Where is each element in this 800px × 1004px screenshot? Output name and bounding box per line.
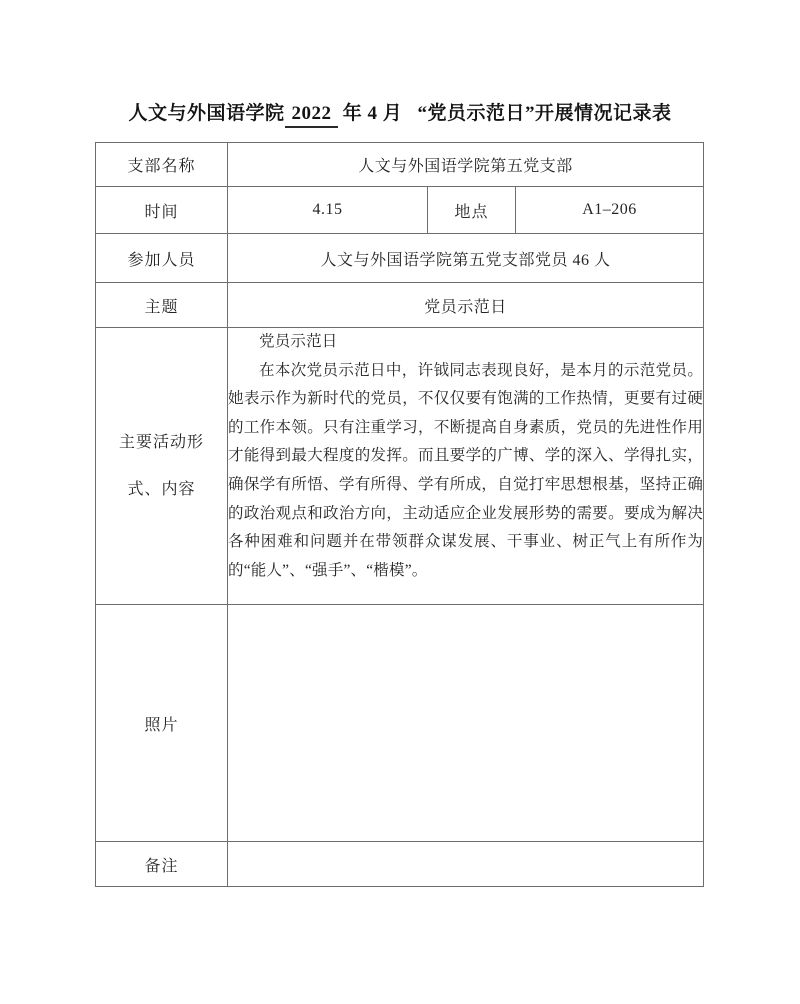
table-row-photo: 照片 xyxy=(96,605,704,842)
photo-label: 照片 xyxy=(96,605,228,842)
participants-label: 参加人员 xyxy=(96,234,228,283)
title-prefix: 人文与外国语学院 xyxy=(128,103,284,124)
activity-heading: 党员示范日 xyxy=(228,328,703,357)
document-page: 人文与外国语学院2022 年 4 月 “党员示范日”开展情况记录表 支部名称 人… xyxy=(0,0,800,1004)
remark-empty-cell xyxy=(228,842,704,887)
table-row-theme: 主题 党员示范日 xyxy=(96,283,704,328)
participants-value: 人文与外国语学院第五党支部党员 46 人 xyxy=(228,234,704,283)
theme-value: 党员示范日 xyxy=(228,283,704,328)
branch-name-label: 支部名称 xyxy=(96,143,228,187)
title-suffix: 年 4 月 “党员示范日”开展情况记录表 xyxy=(338,103,672,124)
place-value: A1–206 xyxy=(516,187,704,234)
branch-name-value: 人文与外国语学院第五党支部 xyxy=(228,143,704,187)
table-row-remark: 备注 xyxy=(96,842,704,887)
theme-label: 主题 xyxy=(96,283,228,328)
table-row-time-place: 时间 4.15 地点 A1–206 xyxy=(96,187,704,234)
place-label: 地点 xyxy=(428,187,516,234)
table-row-branch: 支部名称 人文与外国语学院第五党支部 xyxy=(96,143,704,187)
time-label: 时间 xyxy=(96,187,228,234)
activity-label-line1: 主要活动形 xyxy=(96,419,227,466)
table-row-participants: 参加人员 人文与外国语学院第五党支部党员 46 人 xyxy=(96,234,704,283)
photo-empty-cell xyxy=(228,605,704,842)
table-row-activity: 主要活动形 式、内容 党员示范日 在本次党员示范日中，许钺同志表现良好，是本月的… xyxy=(96,328,704,605)
activity-content-cell: 党员示范日 在本次党员示范日中，许钺同志表现良好，是本月的示范党员。她表示作为新… xyxy=(228,328,704,605)
activity-paragraph: 在本次党员示范日中，许钺同志表现良好，是本月的示范党员。她表示作为新时代的党员，… xyxy=(228,357,703,586)
document-title: 人文与外国语学院2022 年 4 月 “党员示范日”开展情况记录表 xyxy=(0,98,800,128)
title-year-underlined: 2022 xyxy=(285,104,338,128)
time-value: 4.15 xyxy=(228,187,428,234)
activity-label: 主要活动形 式、内容 xyxy=(96,328,228,605)
record-table: 支部名称 人文与外国语学院第五党支部 时间 4.15 地点 A1–206 参加人… xyxy=(95,142,704,887)
activity-label-line2: 式、内容 xyxy=(96,466,227,513)
remark-label: 备注 xyxy=(96,842,228,887)
